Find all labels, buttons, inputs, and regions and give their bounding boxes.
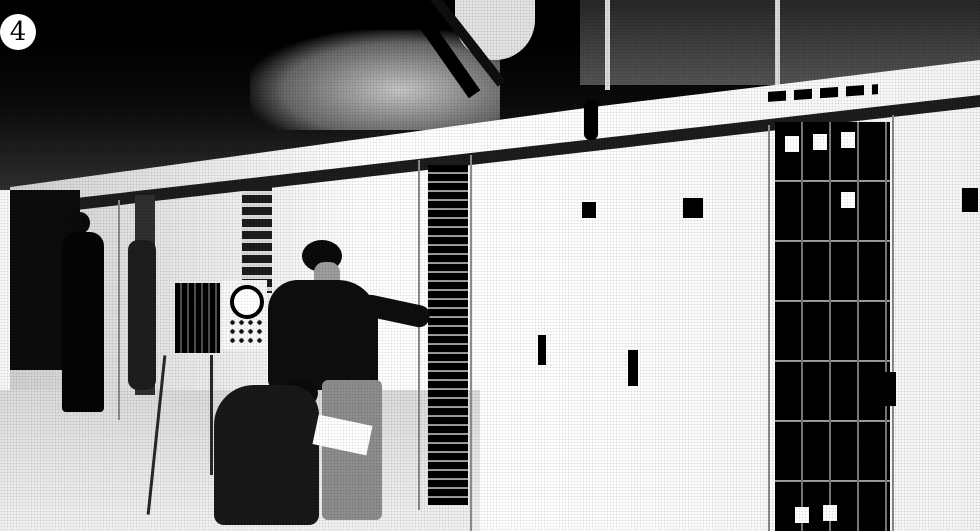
figure-number: 4 xyxy=(10,19,27,45)
photograph: 4 xyxy=(0,0,980,531)
figure-number-badge: 4 xyxy=(0,14,36,50)
film-grain xyxy=(0,0,980,531)
